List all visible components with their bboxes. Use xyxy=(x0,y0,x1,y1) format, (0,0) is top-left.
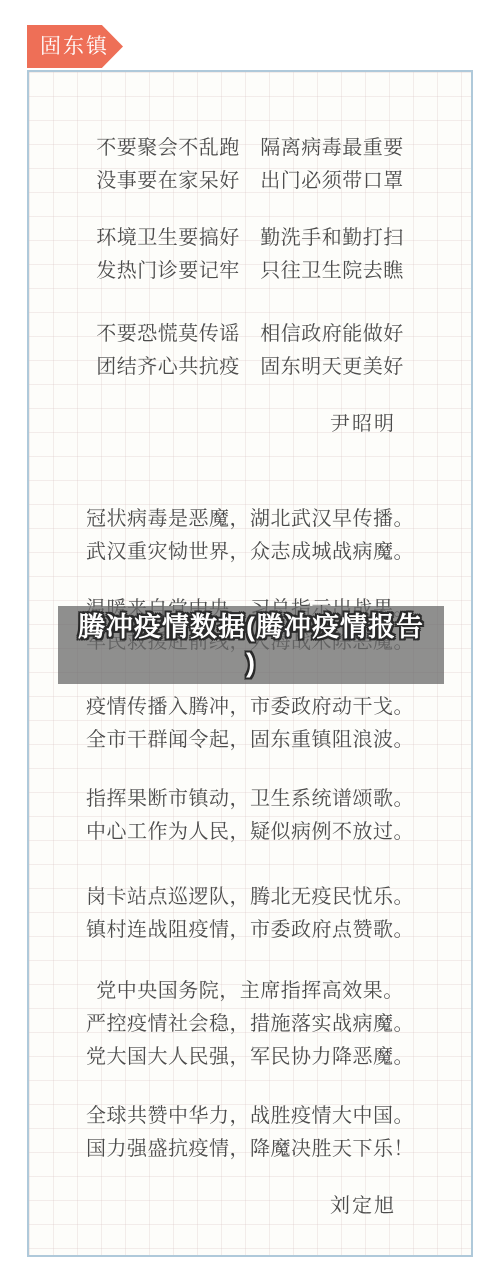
poem-a-group-1: 不要聚会不乱跑 隔离病毒最重要 没事要在家呆好 出门必须带口罩 xyxy=(29,132,471,198)
poem-line: 中心工作为人民，疑似病例不放过。 xyxy=(29,816,471,849)
poem-line: 指挥果断市镇动，卫生系统谱颂歌。 xyxy=(29,783,471,816)
poem-b-group-6: 党中央国务院，主席指挥高效果。 严控疫情社会稳，措施落实战病魔。 党大国大人民强… xyxy=(29,975,471,1074)
poem-line: 没事要在家呆好 出门必须带口罩 xyxy=(29,165,471,198)
poem-line: 武汉重灾恸世界，众志成城战病魔。 xyxy=(29,536,471,569)
poem-line: 团结齐心共抗疫 固东明天更美好 xyxy=(29,351,471,384)
author-signature-b: 刘定旭 xyxy=(29,1190,471,1223)
poem-line: 党大国大人民强，军民协力降恶魔。 xyxy=(29,1041,471,1074)
article-title-line-2: ) xyxy=(246,645,256,681)
poem-line: 发热门诊要记牢 只往卫生院去瞧 xyxy=(29,255,471,288)
poem-line: 国力强盛抗疫情，降魔决胜天下乐！ xyxy=(29,1133,471,1166)
poem-line: 岗卡站点巡逻队，腾北无疫民忧乐。 xyxy=(29,881,471,914)
article-title-line-1: 腾冲疫情数据(腾冲疫情报告 xyxy=(78,609,424,645)
poem-b-group-1: 冠状病毒是恶魔，湖北武汉早传播。 武汉重灾恸世界，众志成城战病魔。 xyxy=(29,503,471,569)
poem-line: 冠状病毒是恶魔，湖北武汉早传播。 xyxy=(29,503,471,536)
poem-line: 严控疫情社会稳，措施落实战病魔。 xyxy=(29,1008,471,1041)
poem-line: 疫情传播入腾冲，市委政府动干戈。 xyxy=(29,691,471,724)
poem-line: 环境卫生要搞好 勤洗手和勤打扫 xyxy=(29,222,471,255)
poem-a-group-3: 不要恐慌莫传谣 相信政府能做好 团结齐心共抗疫 固东明天更美好 xyxy=(29,318,471,384)
poem-b-group-4: 指挥果断市镇动，卫生系统谱颂歌。 中心工作为人民，疑似病例不放过。 xyxy=(29,783,471,849)
author-signature-a: 尹昭明 xyxy=(29,408,471,441)
town-ribbon-badge: 固东镇 xyxy=(27,25,123,68)
poem-line: 全球共赞中华力，战胜疫情大中国。 xyxy=(29,1100,471,1133)
poem-b-group-3: 疫情传播入腾冲，市委政府动干戈。 全市干群闻令起，固东重镇阻浪波。 xyxy=(29,691,471,757)
article-title-overlay: 腾冲疫情数据(腾冲疫情报告 ) xyxy=(58,606,444,684)
poem-line: 不要聚会不乱跑 隔离病毒最重要 xyxy=(29,132,471,165)
poem-line: 镇村连战阻疫情，市委政府点赞歌。 xyxy=(29,914,471,947)
poem-b-group-5: 岗卡站点巡逻队，腾北无疫民忧乐。 镇村连战阻疫情，市委政府点赞歌。 xyxy=(29,881,471,947)
poem-a-group-2: 环境卫生要搞好 勤洗手和勤打扫 发热门诊要记牢 只往卫生院去瞧 xyxy=(29,222,471,288)
poem-line: 不要恐慌莫传谣 相信政府能做好 xyxy=(29,318,471,351)
poem-line: 党中央国务院，主席指挥高效果。 xyxy=(29,975,471,1008)
poem-b-group-7: 全球共赞中华力，战胜疫情大中国。 国力强盛抗疫情，降魔决胜天下乐！ xyxy=(29,1100,471,1166)
poem-line: 全市干群闻令起，固东重镇阻浪波。 xyxy=(29,724,471,757)
